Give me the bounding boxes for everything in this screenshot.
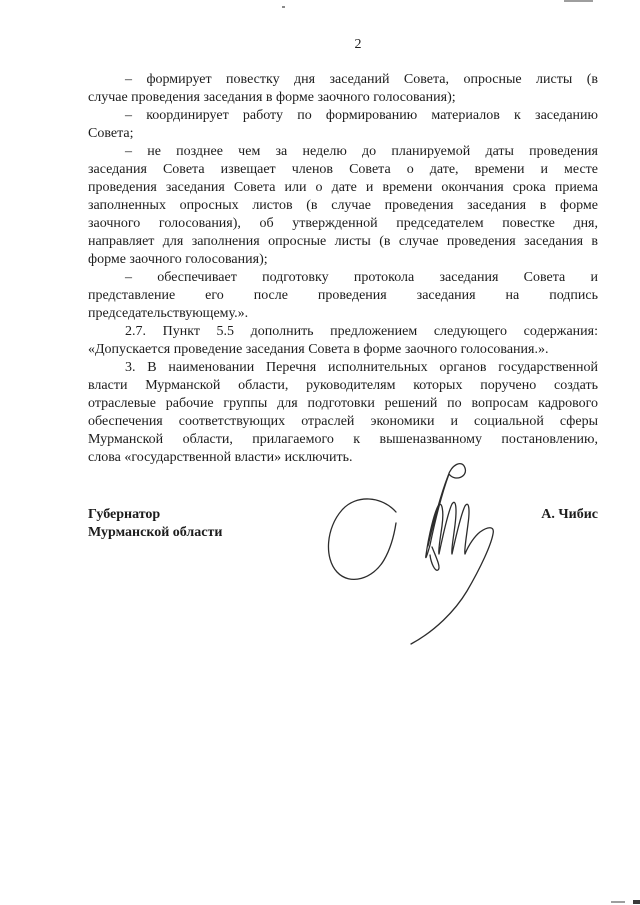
text-line: заседания Совета извещает членов Совета … [88,161,598,179]
document-page: 2 – формирует повестку дня заседаний Сов… [0,0,640,905]
paragraph: – формирует повестку дня заседаний Совет… [88,71,598,107]
signatory-title: ГубернаторМурманской области [88,506,308,542]
text-line: представление его после проведения засед… [88,287,598,305]
text-line: – координирует работу по формированию ма… [88,107,598,125]
top-right-bar [564,0,593,2]
paragraph: – не позднее чем за неделю до планируемо… [88,143,598,269]
text-line: Мурманской области, прилагаемого к вышен… [88,431,598,449]
text-line: – не позднее чем за неделю до планируемо… [88,143,598,161]
text-line: 2.7. Пункт 5.5 дополнить предложением сл… [88,323,598,341]
signatory-title-line: Мурманской области [88,524,308,542]
signatory-name: А. Чибис [428,506,598,524]
document-body: – формирует повестку дня заседаний Совет… [88,71,598,467]
text-line: «Допускается проведение заседания Совета… [88,341,598,359]
text-line: проведения заседания Совета или о дате и… [88,179,598,197]
handwritten-signature-icon [278,448,503,653]
text-line: отраслевые рабочие группы для подготовки… [88,395,598,413]
text-line: обеспечения соответствующих отраслей эко… [88,413,598,431]
bottom-dark-mark [633,900,640,904]
top-center-dot [282,6,285,8]
text-line: форме заочного голосования); [88,251,598,269]
paragraph: – координирует работу по формированию ма… [88,107,598,143]
paragraph: 2.7. Пункт 5.5 дополнить предложением сл… [88,323,598,359]
text-line: власти Мурманской области, руководителям… [88,377,598,395]
text-line: – обеспечивает подготовку протокола засе… [88,269,598,287]
text-line: – формирует повестку дня заседаний Совет… [88,71,598,89]
text-line: заполненных опросных листов (в случае пр… [88,197,598,215]
text-line: случае проведения заседания в форме заоч… [88,89,598,107]
text-line: председательствующему.». [88,305,598,323]
text-line: Совета; [88,125,598,143]
text-line: направляет для заполнения опросные листы… [88,233,598,251]
bottom-gray-bar [611,901,625,903]
paragraph: – обеспечивает подготовку протокола засе… [88,269,598,323]
text-line: 3. В наименовании Перечня исполнительных… [88,359,598,377]
text-line: заочного голосования), об утвержденной п… [88,215,598,233]
page-number: 2 [88,36,628,54]
signatory-title-line: Губернатор [88,506,308,524]
